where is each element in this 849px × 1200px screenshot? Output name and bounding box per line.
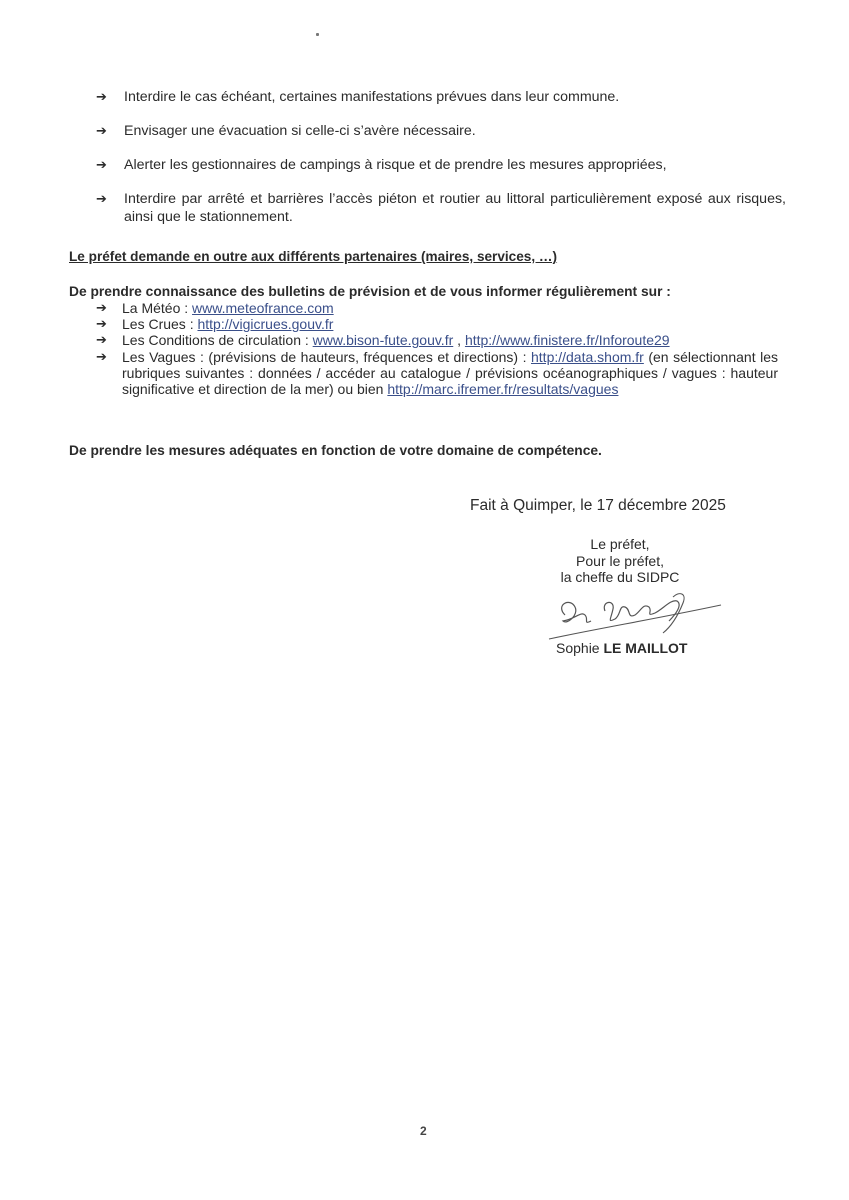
signatory-line: la cheffe du SIDPC (540, 569, 700, 586)
bullet-text: Interdire le cas échéant, certaines mani… (124, 88, 786, 106)
source-label: Les Crues : (122, 316, 197, 332)
signatory-title: Le préfet, Pour le préfet, la cheffe du … (540, 536, 700, 586)
bullet-text: Alerter les gestionnaires de campings à … (124, 156, 786, 174)
arrow-right-icon: ➔ (96, 332, 107, 348)
signer-name: Sophie LE MAILLOT (556, 640, 687, 656)
arrow-right-icon: ➔ (96, 316, 107, 332)
source-item-crues: ➔ Les Crues : http://vigicrues.gouv.fr (96, 316, 778, 332)
place-date: Fait à Quimper, le 17 décembre 2025 (470, 497, 726, 515)
closing-paragraph: De prendre les mesures adéquates en fonc… (69, 443, 602, 458)
intro-paragraph: De prendre connaissance des bulletins de… (69, 284, 671, 299)
ifremer-link[interactable]: http://marc.ifremer.fr/resultats/vagues (387, 381, 618, 397)
scan-speck (316, 33, 319, 36)
arrow-right-icon: ➔ (96, 349, 107, 365)
link-separator: , (453, 332, 465, 348)
meteo-link[interactable]: www.meteofrance.com (192, 300, 334, 316)
bullet-item: ➔ Envisager une évacuation si celle-ci s… (96, 122, 786, 140)
vigicrues-link[interactable]: http://vigicrues.gouv.fr (197, 316, 333, 332)
page-number: 2 (420, 1124, 427, 1138)
bullet-item: ➔ Alerter les gestionnaires de campings … (96, 156, 786, 174)
arrow-right-icon: ➔ (96, 88, 107, 106)
bullet-text: Envisager une évacuation si celle-ci s’a… (124, 122, 786, 140)
bullet-item: ➔ Interdire par arrêté et barrières l’ac… (96, 190, 786, 226)
source-label: Les Vagues : (prévisions de hauteurs, fr… (122, 349, 531, 365)
sources-list: ➔ La Météo : www.meteofrance.com ➔ Les C… (96, 300, 778, 397)
document-page: ➔ Interdire le cas échéant, certaines ma… (0, 0, 849, 1200)
arrow-right-icon: ➔ (96, 190, 107, 208)
section-heading: Le préfet demande en outre aux différent… (69, 249, 557, 264)
arrow-right-icon: ➔ (96, 122, 107, 140)
signatory-line: Pour le préfet, (540, 553, 700, 570)
source-item-circulation: ➔ Les Conditions de circulation : www.bi… (96, 332, 778, 348)
handwritten-signature (545, 585, 725, 645)
source-item-vagues: ➔ Les Vagues : (prévisions de hauteurs, … (96, 349, 778, 398)
signatory-line: Le préfet, (540, 536, 700, 553)
bison-fute-link[interactable]: www.bison-fute.gouv.fr (313, 332, 454, 348)
bullet-item: ➔ Interdire le cas échéant, certaines ma… (96, 88, 786, 106)
arrow-right-icon: ➔ (96, 156, 107, 174)
source-label: La Météo : (122, 300, 192, 316)
source-label: Les Conditions de circulation : (122, 332, 313, 348)
arrow-right-icon: ➔ (96, 300, 107, 316)
inforoute29-link[interactable]: http://www.finistere.fr/Inforoute29 (465, 332, 670, 348)
bullet-text: Interdire par arrêté et barrières l’accè… (124, 190, 786, 226)
shom-link[interactable]: http://data.shom.fr (531, 349, 644, 365)
source-item-meteo: ➔ La Météo : www.meteofrance.com (96, 300, 778, 316)
